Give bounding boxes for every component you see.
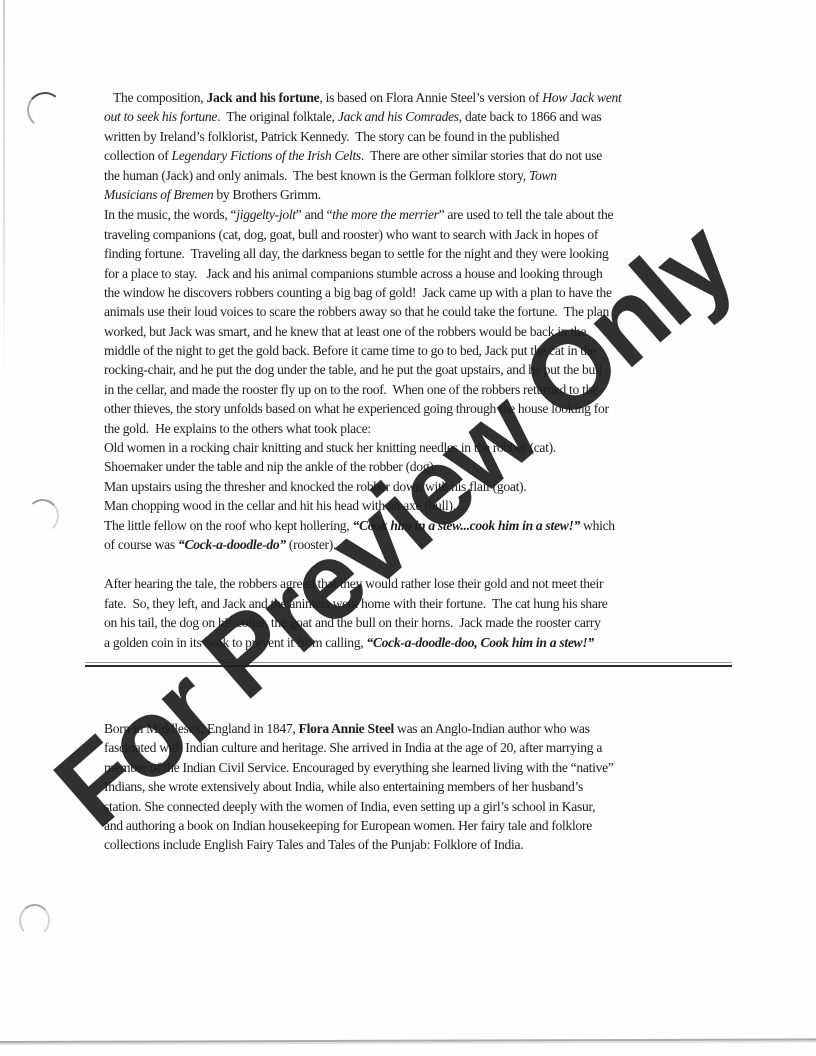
text-run: Born in Middlesex, England in 1847, [104, 721, 299, 736]
text-line: fate. So, they left, and Jack and the an… [104, 594, 752, 613]
text-run: animals use their loud voices to scare t… [104, 304, 609, 319]
text-line: Man chopping wood in the cellar and hit … [104, 496, 752, 515]
text-run: for a place to stay. Jack and his animal… [104, 266, 602, 281]
text-run: Musicians of Bremen [104, 187, 213, 202]
text-line: written by Ireland’s folklorist, Patrick… [104, 127, 752, 146]
text-run: fate. So, they left, and Jack and the an… [104, 596, 608, 611]
text-line: Indians, she wrote extensively about Ind… [104, 777, 752, 796]
text-run: After hearing the tale, the robbers agre… [104, 576, 603, 591]
text-line: the human (Jack) and only animals. The b… [104, 166, 752, 185]
text-run: on his tail, the dog on his collar, the … [104, 615, 601, 630]
text-line: worked, but Jack was smart, and he knew … [104, 322, 752, 341]
text-line: in the cellar, and made the rooster fly … [104, 380, 752, 399]
text-line: Musicians of Bremen by Brothers Grimm. [104, 185, 752, 204]
text-run: (rooster). [286, 537, 336, 552]
text-line: of course was “Cock-a-doodle-do” (rooste… [104, 535, 752, 554]
text-run: of course was [104, 537, 178, 552]
text-run: rocking-chair, and he put the dog under … [104, 362, 602, 377]
text-line: member of the Indian Civil Service. Enco… [104, 758, 752, 777]
text-line: Man upstairs using the thresher and knoc… [104, 477, 752, 496]
text-run: written by Ireland’s folklorist, Patrick… [104, 129, 559, 144]
text-run: In the music, the words, “ [104, 207, 236, 222]
text-line: for a place to stay. Jack and his animal… [104, 264, 752, 283]
text-run: Man upstairs using the thresher and knoc… [104, 479, 526, 494]
text-run: the window he discovers robbers counting… [104, 285, 612, 300]
text-run: Shoemaker under the table and nip the an… [104, 459, 437, 474]
text-run: ” and “ [296, 207, 332, 222]
text-line: middle of the night to get the gold back… [104, 341, 752, 360]
paragraph-author-bio: Born in Middlesex, England in 1847, Flor… [104, 719, 752, 855]
text-line: Shoemaker under the table and nip the an… [104, 457, 752, 476]
text-line: a golden coin in its beak to prevent it … [104, 633, 752, 652]
text-line: collection of Legendary Fictions of the … [104, 146, 752, 165]
text-run: , date back to 1866 and was [459, 109, 602, 124]
pen-mark-middle [25, 498, 60, 534]
text-run: out to seek his fortune [104, 109, 217, 124]
text-line: the window he discovers robbers counting… [104, 283, 752, 302]
text-run: fascinated with Indian culture and herit… [104, 740, 602, 755]
text-run: Indians, she wrote extensively about Ind… [104, 779, 583, 794]
pen-mark-top [25, 90, 65, 130]
text-run: worked, but Jack was smart, and he knew … [104, 324, 586, 339]
scan-bottom-line [0, 1038, 816, 1043]
text-run: the gold. He explains to the others what… [104, 421, 371, 436]
text-run: Old women in a rocking chair knitting an… [104, 440, 556, 455]
text-line: After hearing the tale, the robbers agre… [104, 574, 752, 593]
text-run: ” are used to tell the tale about the [439, 207, 614, 222]
text-line: finding fortune. Traveling all day, the … [104, 244, 752, 263]
scan-edge-line [3, 0, 5, 370]
text-line: Born in Middlesex, England in 1847, Flor… [104, 719, 752, 738]
text-run: finding fortune. Traveling all day, the … [104, 246, 609, 261]
text-run: the more the merrier [332, 207, 438, 222]
text-run: middle of the night to get the gold back… [104, 343, 596, 358]
text-run: the human (Jack) and only animals. The b… [104, 168, 529, 183]
text-line: Old women in a rocking chair knitting an… [104, 438, 752, 457]
text-line: fascinated with Indian culture and herit… [104, 738, 752, 757]
text-line: rocking-chair, and he put the dog under … [104, 360, 752, 379]
separator-rule [85, 662, 732, 667]
text-line: out to seek his fortune. The original fo… [104, 107, 752, 126]
text-run: station. She connected deeply with the w… [104, 799, 595, 814]
text-run: collections include English Fairy Tales … [104, 837, 523, 852]
pen-mark-bottom [18, 903, 51, 938]
text-run: , is based on Flora Annie Steel’s versio… [319, 90, 542, 105]
document-text: The composition, Jack and his fortune, i… [104, 88, 752, 855]
text-run: . There are other similar stories that d… [361, 148, 602, 163]
text-line: collections include English Fairy Tales … [104, 835, 752, 854]
text-run: and authoring a book on Indian housekeep… [104, 818, 592, 833]
text-run: Legendary Fictions of the Irish Celts [172, 148, 361, 163]
text-run: Jack and his fortune [206, 90, 319, 105]
text-line: on his tail, the dog on his collar, the … [104, 613, 752, 632]
text-line: and authoring a book on Indian housekeep… [104, 816, 752, 835]
text-run: member of the Indian Civil Service. Enco… [104, 760, 614, 775]
scanned-page: The composition, Jack and his fortune, i… [0, 0, 816, 1056]
text-line: other thieves, the story unfolds based o… [104, 399, 752, 418]
text-run: Man chopping wood in the cellar and hit … [104, 498, 456, 513]
text-run: other thieves, the story unfolds based o… [104, 401, 609, 416]
text-run: “Cock-a-doodle-do” [178, 537, 286, 552]
text-run: traveling companions (cat, dog, goat, bu… [104, 227, 598, 242]
text-run: How Jack went [542, 90, 621, 105]
text-line: In the music, the words, “jiggelty-jolt”… [104, 205, 752, 224]
text-run: was an Anglo-Indian author who was [394, 721, 590, 736]
text-run: “Cook him in a stew...cook him in a stew… [353, 518, 580, 533]
paragraph-intro: The composition, Jack and his fortune, i… [104, 88, 752, 204]
paragraph-music-story: In the music, the words, “jiggelty-jolt”… [104, 205, 752, 554]
text-run: Flora Annie Steel [299, 721, 394, 736]
text-run: in the cellar, and made the rooster fly … [104, 382, 598, 397]
text-run: “Cock-a-doodle-doo, Cook him in a stew!” [366, 635, 593, 650]
text-run: Jack and his Comrades [338, 109, 459, 124]
text-line: animals use their loud voices to scare t… [104, 302, 752, 321]
text-run: . The original folktale, [217, 109, 338, 124]
text-run: The little fellow on the roof who kept h… [104, 518, 353, 533]
text-line: The little fellow on the roof who kept h… [104, 516, 752, 535]
text-line: station. She connected deeply with the w… [104, 797, 752, 816]
text-run: which [580, 518, 615, 533]
text-run: jiggelty-jolt [236, 207, 296, 222]
text-run: The composition, [113, 90, 206, 105]
text-line: traveling companions (cat, dog, goat, bu… [104, 225, 752, 244]
text-run: Town [529, 168, 557, 183]
text-run: collection of [104, 148, 172, 163]
text-run: by Brothers Grimm. [213, 187, 321, 202]
text-line: The composition, Jack and his fortune, i… [104, 88, 752, 107]
paragraph-ending: After hearing the tale, the robbers agre… [104, 574, 752, 652]
text-run: a golden coin in its beak to prevent it … [104, 635, 366, 650]
text-line: the gold. He explains to the others what… [104, 419, 752, 438]
